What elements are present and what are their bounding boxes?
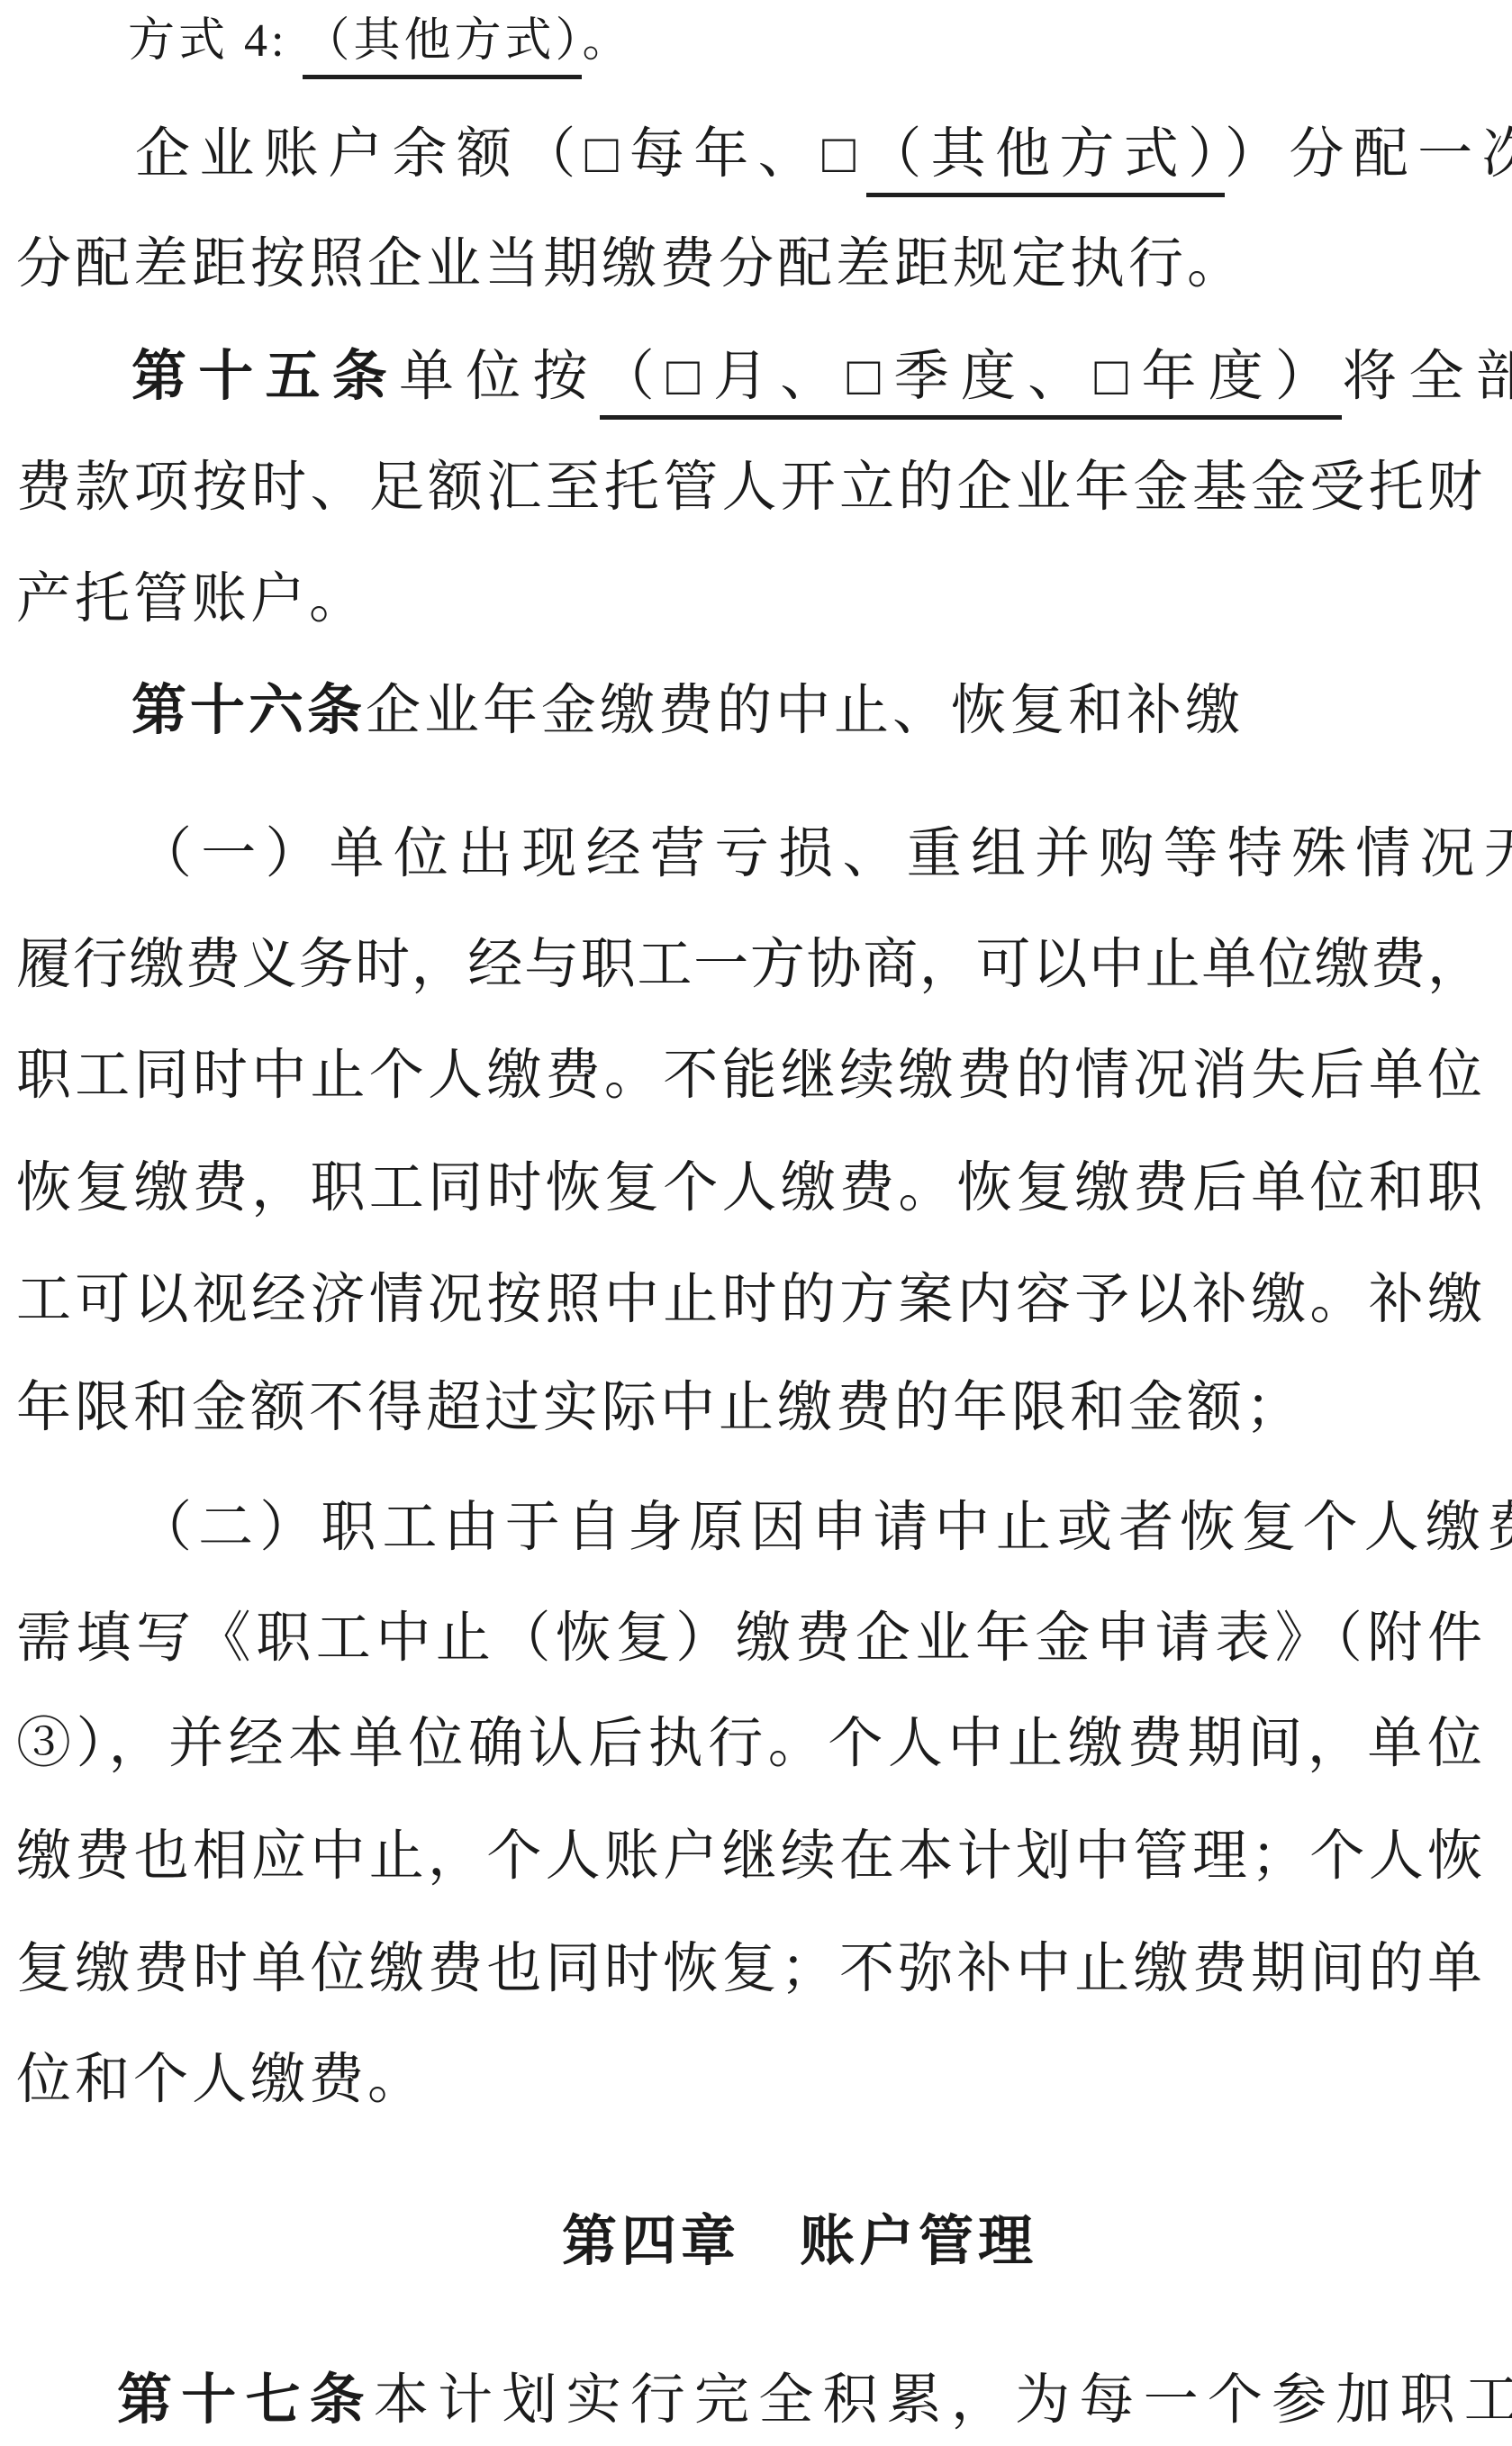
- underlined-blank: 月、: [713, 347, 847, 420]
- text-run: 将全部缴: [1342, 347, 1512, 407]
- underlined-blank: （: [600, 347, 666, 420]
- line-8: （一）单位出现经营亏损、重组并购等特殊情况无法: [16, 819, 1512, 891]
- text-run: 恢复缴费，职工同时恢复个人缴费。恢复缴费后单位和职: [16, 1158, 1482, 1218]
- article-number: 第十五条: [131, 347, 399, 407]
- text-run: （二）职工由于自身原因申请中止或者恢复个人缴费，: [137, 1498, 1512, 1558]
- text-run: 分配差距按照企业当期缴费分配差距规定执行。: [16, 234, 1245, 294]
- line-1: 方式 4: （其他方式）。: [16, 5, 1512, 77]
- line-19: 位和个人缴费。: [16, 2044, 1482, 2116]
- underlined-blank: 季度、: [894, 347, 1095, 420]
- text-run: 产托管账户。: [16, 569, 367, 630]
- text-run: 单位按: [399, 347, 600, 407]
- checkbox-icon: □: [666, 347, 713, 420]
- article-number: 第十七条: [117, 2370, 374, 2431]
- scanned-document-page: 方式 4: （其他方式）。企业账户余额（□每年、□（其他方式））分配一次，分配差…: [0, 0, 1512, 2446]
- checkbox-icon: □: [822, 124, 866, 185]
- text-run: 履行缴费义务时，经与职工一方协商，可以中止单位缴费，: [16, 935, 1482, 995]
- line-7: 第十六条企业年金缴费的中止、恢复和补缴: [16, 675, 1512, 747]
- text-run: 本计划实行完全积累，为每一个参加职工开: [374, 2370, 1512, 2431]
- text-run: 。: [582, 15, 632, 67]
- line-11: 恢复缴费，职工同时恢复个人缴费。恢复缴费后单位和职: [16, 1153, 1482, 1225]
- article-number: 第十六条: [131, 681, 366, 741]
- text-run: 复缴费时单位缴费也同时恢复；不弥补中止缴费期间的单: [16, 1939, 1482, 1999]
- text-run: 职工同时中止个人缴费。不能继续缴费的情况消失后单位: [16, 1046, 1482, 1106]
- text-run: ）分配一次，: [1225, 124, 1512, 185]
- line-5: 费款项按时、足额汇至托管人开立的企业年金基金受托财: [16, 452, 1482, 524]
- line-4: 第十五条单位按（□月、□季度、□年度）将全部缴: [16, 341, 1512, 413]
- line-13: 年限和金额不得超过实际中止缴费的年限和金额；: [16, 1372, 1482, 1445]
- line-9: 履行缴费义务时，经与职工一方协商，可以中止单位缴费，: [16, 929, 1482, 1001]
- chapter-heading: 第四章 账户管理: [16, 2206, 1482, 2278]
- text-run: ③），并经本单位确认后执行。个人中止缴费期间，单位: [16, 1714, 1482, 1774]
- checkbox-icon: □: [1094, 347, 1141, 420]
- text-run: 企业年金缴费的中止、恢复和补缴: [366, 681, 1244, 741]
- line-15: 需填写《职工中止（恢复）缴费企业年金申请表》（附件: [16, 1603, 1482, 1675]
- line-10: 职工同时中止个人缴费。不能继续缴费的情况消失后单位: [16, 1040, 1482, 1112]
- underlined-blank: （其他方式）: [303, 15, 582, 79]
- line-17: 缴费也相应中止，个人账户继续在本计划中管理；个人恢: [16, 1821, 1482, 1893]
- text-run: 年限和金额不得超过实际中止缴费的年限和金额；: [16, 1378, 1304, 1438]
- text-run: 位和个人缴费。: [16, 2050, 426, 2110]
- checkbox-icon: □: [585, 124, 629, 185]
- line-21: 第十七条本计划实行完全积累，为每一个参加职工开: [16, 2365, 1512, 2437]
- text-run: 企业账户余额（: [135, 124, 585, 185]
- underlined-blank: 年度）: [1141, 347, 1342, 420]
- line-16: ③），并经本单位确认后执行。个人中止缴费期间，单位: [16, 1708, 1482, 1780]
- underlined-blank: （其他方式）: [866, 124, 1225, 197]
- text-run: 缴费也相应中止，个人账户继续在本计划中管理；个人恢: [16, 1826, 1482, 1887]
- text-run: 方式 4:: [128, 15, 303, 67]
- line-18: 复缴费时单位缴费也同时恢复；不弥补中止缴费期间的单: [16, 1934, 1482, 2006]
- checkbox-icon: □: [847, 347, 894, 420]
- text-run: 工可以视经济情况按照中止时的方案内容予以补缴。补缴: [16, 1270, 1482, 1330]
- text-run: 费款项按时、足额汇至托管人开立的企业年金基金受托财: [16, 457, 1482, 518]
- chapter-title-text: 第四章 账户管理: [562, 2212, 1037, 2272]
- text-run: 每年、: [629, 124, 822, 185]
- line-12: 工可以视经济情况按照中止时的方案内容予以补缴。补缴: [16, 1264, 1482, 1336]
- line-2: 企业账户余额（□每年、□（其他方式））分配一次，: [16, 119, 1512, 191]
- line-6: 产托管账户。: [16, 564, 1482, 636]
- text-run: （一）单位出现经营亏损、重组并购等特殊情况无法: [137, 824, 1512, 884]
- line-3: 分配差距按照企业当期缴费分配差距规定执行。: [16, 229, 1482, 301]
- text-run: 需填写《职工中止（恢复）缴费企业年金申请表》（附件: [16, 1608, 1482, 1669]
- line-14: （二）职工由于自身原因申请中止或者恢复个人缴费，: [16, 1492, 1512, 1564]
